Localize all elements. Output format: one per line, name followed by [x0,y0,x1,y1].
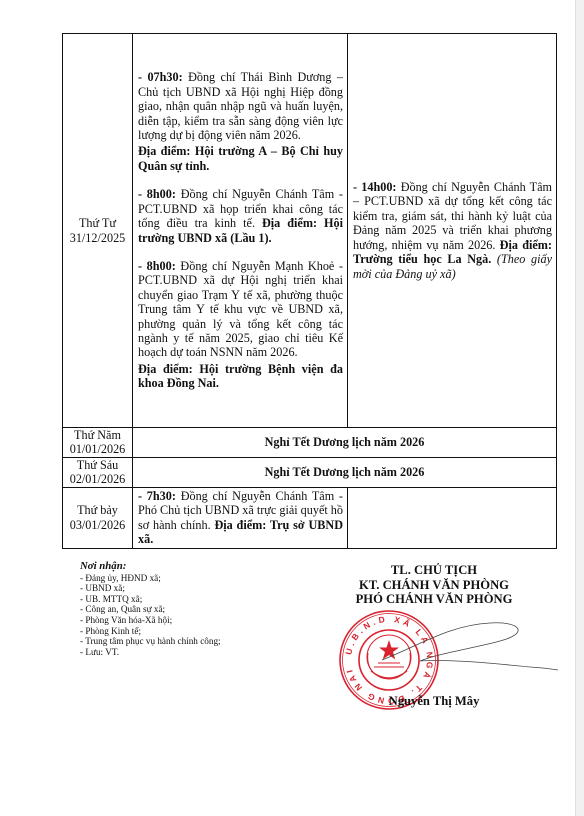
entry-time: - 8h00: [138,259,176,273]
signature-line: PHÓ CHÁNH VĂN PHÒNG [318,592,550,607]
schedule-entry: - 8h00: Đồng chí Nguyễn Mạnh Khoẻ - PCT.… [133,259,347,391]
afternoon-cell: - 14h00: Đồng chí Nguyễn Chánh Tâm – PCT… [348,34,557,428]
signer-name: Nguyễn Thị Mây [318,694,550,709]
entry-time: - 14h00: [353,180,396,194]
table-row: Thứ bảy 03/01/2026 - 7h30: Đồng chí Nguy… [63,487,557,548]
afternoon-cell [348,487,557,548]
recipient-item: - Đảng ủy, HĐND xã; [80,573,221,584]
weekday: Thứ bảy [63,503,132,517]
weekday: Thứ Năm [63,428,132,442]
recipient-item: - Công an, Quân sự xã; [80,604,221,615]
signature-line: KT. CHÁNH VĂN PHÒNG [318,578,550,593]
day-cell: Thứ Tư 31/12/2025 [63,34,133,428]
recipient-item: - Lưu: VT. [80,647,221,658]
entry-time: - 07h30: [138,70,183,84]
schedule-entry: - 07h30: Đồng chí Thái Bình Dương – Chủ … [133,70,347,173]
weekday: Thứ Sáu [63,458,132,472]
recipient-item: - Phòng Kinh tế; [80,626,221,637]
holiday-cell: Nghỉ Tết Dương lịch năm 2026 [133,457,557,487]
schedule-entry: - 8h00: Đồng chí Nguyễn Chánh Tâm - PCT.… [133,187,347,245]
signature-block: TL. CHỦ TỊCH KT. CHÁNH VĂN PHÒNG PHÓ CHÁ… [318,563,550,607]
date: 02/01/2026 [63,472,132,486]
entry-time: - 7h30: [138,489,176,503]
handwritten-signature-icon [380,615,560,695]
recipient-item: - UB. MTTQ xã; [80,594,221,605]
day-cell: Thứ Năm 01/01/2026 [63,428,133,458]
signature-line: TL. CHỦ TỊCH [318,563,550,578]
date: 31/12/2025 [63,231,132,245]
entry-text: Đồng chí Nguyễn Mạnh Khoẻ - PCT.UBND xã … [138,259,343,359]
entry-location: Địa điểm: Hội trường A – Bộ Chỉ huy Quân… [138,144,343,172]
morning-cell: - 07h30: Đồng chí Thái Bình Dương – Chủ … [133,34,348,428]
entry-location: Địa điểm: Hội trường Bệnh viện đa khoa Đ… [138,362,343,390]
table-row: Thứ Sáu 02/01/2026 Nghỉ Tết Dương lịch n… [63,457,557,487]
day-cell: Thứ Sáu 02/01/2026 [63,457,133,487]
recipient-item: - UBND xã; [80,583,221,594]
schedule-table: Thứ Tư 31/12/2025 - 07h30: Đồng chí Thái… [62,33,557,549]
recipient-item: - Phòng Văn hóa-Xã hội; [80,615,221,626]
page-edge [575,0,584,816]
date: 01/01/2026 [63,442,132,456]
recipients-block: Nơi nhận: - Đảng ủy, HĐND xã; - UBND xã;… [80,561,221,657]
day-cell: Thứ bảy 03/01/2026 [63,487,133,548]
recipient-item: - Trung tâm phục vụ hành chính công; [80,636,221,647]
holiday-cell: Nghỉ Tết Dương lịch năm 2026 [133,428,557,458]
recipients-title: Nơi nhận: [80,561,221,572]
table-row: Thứ Năm 01/01/2026 Nghỉ Tết Dương lịch n… [63,428,557,458]
date: 03/01/2026 [63,518,132,532]
table-row: Thứ Tư 31/12/2025 - 07h30: Đồng chí Thái… [63,34,557,428]
morning-cell: - 7h30: Đồng chí Nguyễn Chánh Tâm - Phó … [133,487,348,548]
entry-time: - 8h00: [138,187,176,201]
schedule-entry: - 7h30: Đồng chí Nguyễn Chánh Tâm - Phó … [133,489,347,547]
schedule-entry: - 14h00: Đồng chí Nguyễn Chánh Tâm – PCT… [348,180,556,281]
weekday: Thứ Tư [63,216,132,230]
